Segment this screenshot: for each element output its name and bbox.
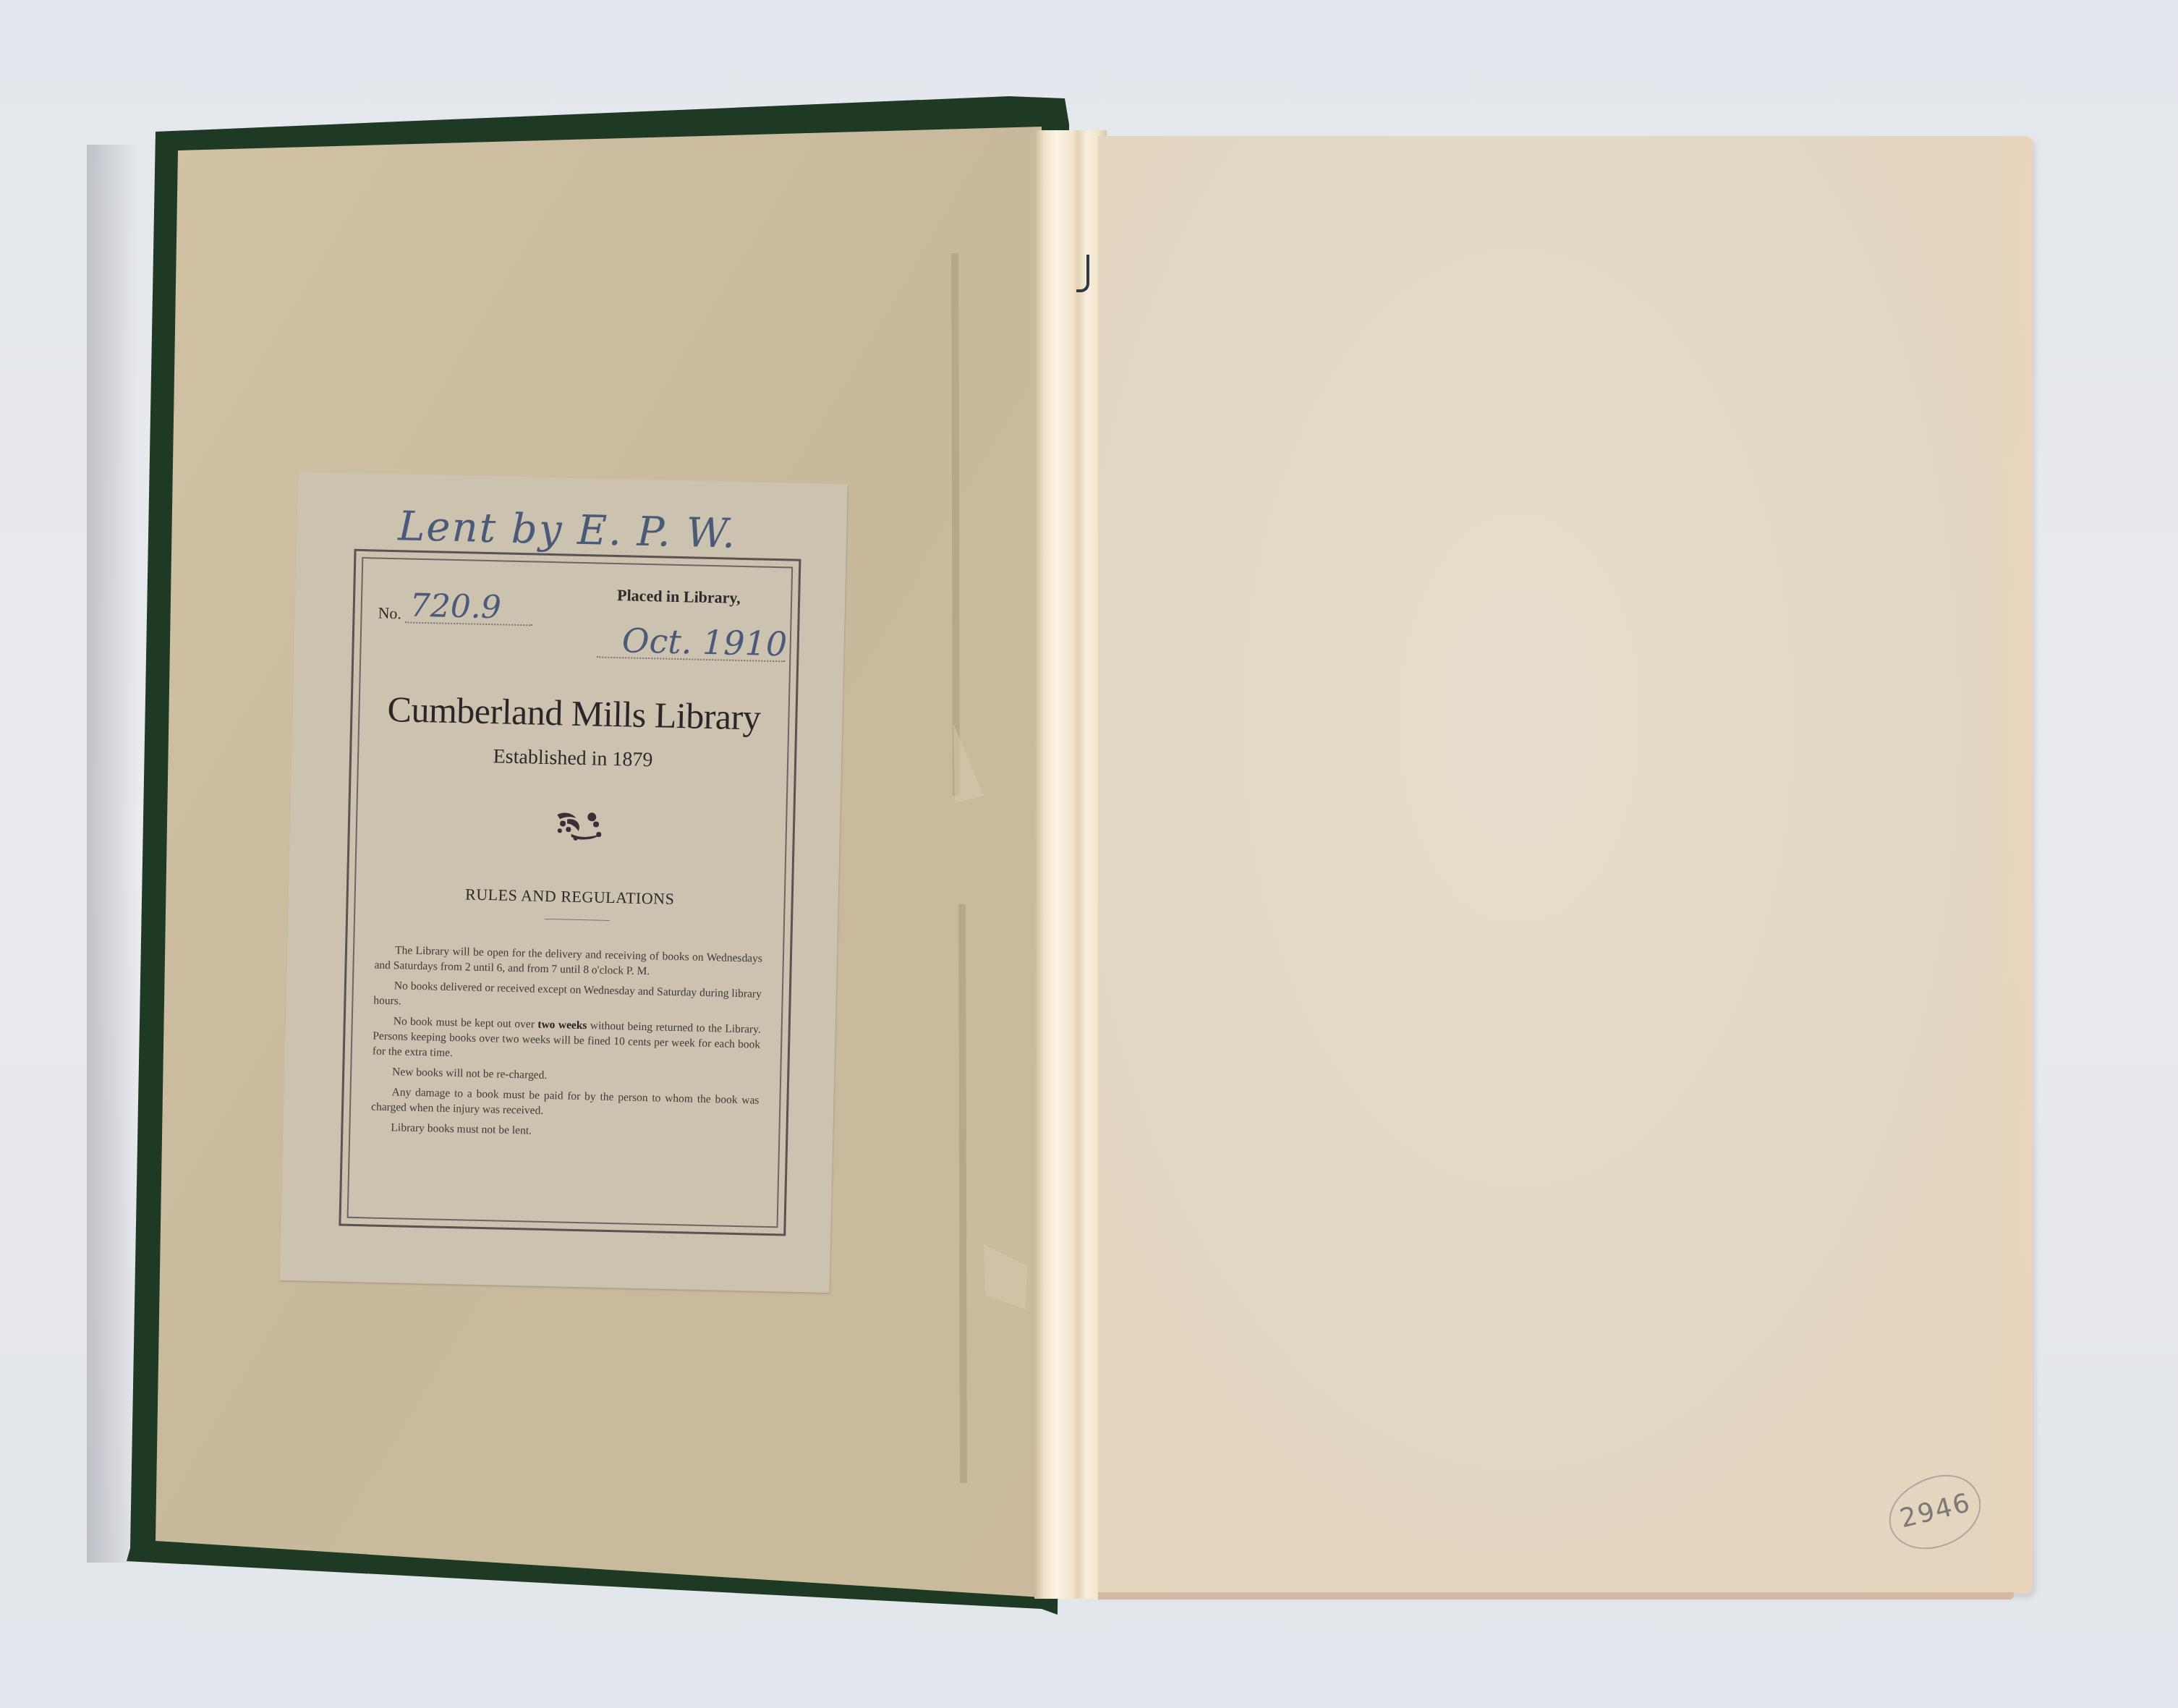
gutter-fold [1034,130,1107,1599]
rule-item: No book must be kept out over two weeks … [373,1014,761,1068]
rule-item: Library books must not be lent. [370,1120,758,1144]
rule-item: New books will not be re-charged. [372,1064,760,1088]
rule-item: No books delivered or received except on… [373,978,762,1017]
page-edge-tint [1982,136,2033,1594]
handwritten-note: Lent by E. P. W. [398,503,737,558]
bookplate-frame: No. 720.9 Placed in Library, Oct. 1910 C… [339,549,801,1236]
number-value: 720.9 [409,587,501,626]
floral-ornament-icon [554,809,605,842]
rules-separator [545,919,610,921]
flyleaf-page: 2946 [1098,136,2033,1594]
placed-label: Placed in Library, [617,586,741,608]
bookplate: Lent by E. P. W. No. 720.9 Placed in Lib… [280,472,848,1293]
number-label: No. [378,604,401,624]
rule-item: The Library will be open for the deliver… [374,943,762,982]
rules-list: The Library will be open for the deliver… [370,943,762,1149]
rules-title: RULES AND REGULATIONS [356,883,784,911]
placed-date: Oct. 1910 [621,621,787,663]
pencil-tick-mark [1076,255,1089,292]
page-bottom-edge [1098,1592,2014,1599]
bookplate-frame-inner: No. 720.9 Placed in Library, Oct. 1910 C… [347,557,794,1228]
rule-item: Any damage to a book must be paid for by… [371,1084,760,1123]
library-name: Cumberland Mills Library [360,687,788,739]
established-line: Established in 1879 [359,742,788,775]
